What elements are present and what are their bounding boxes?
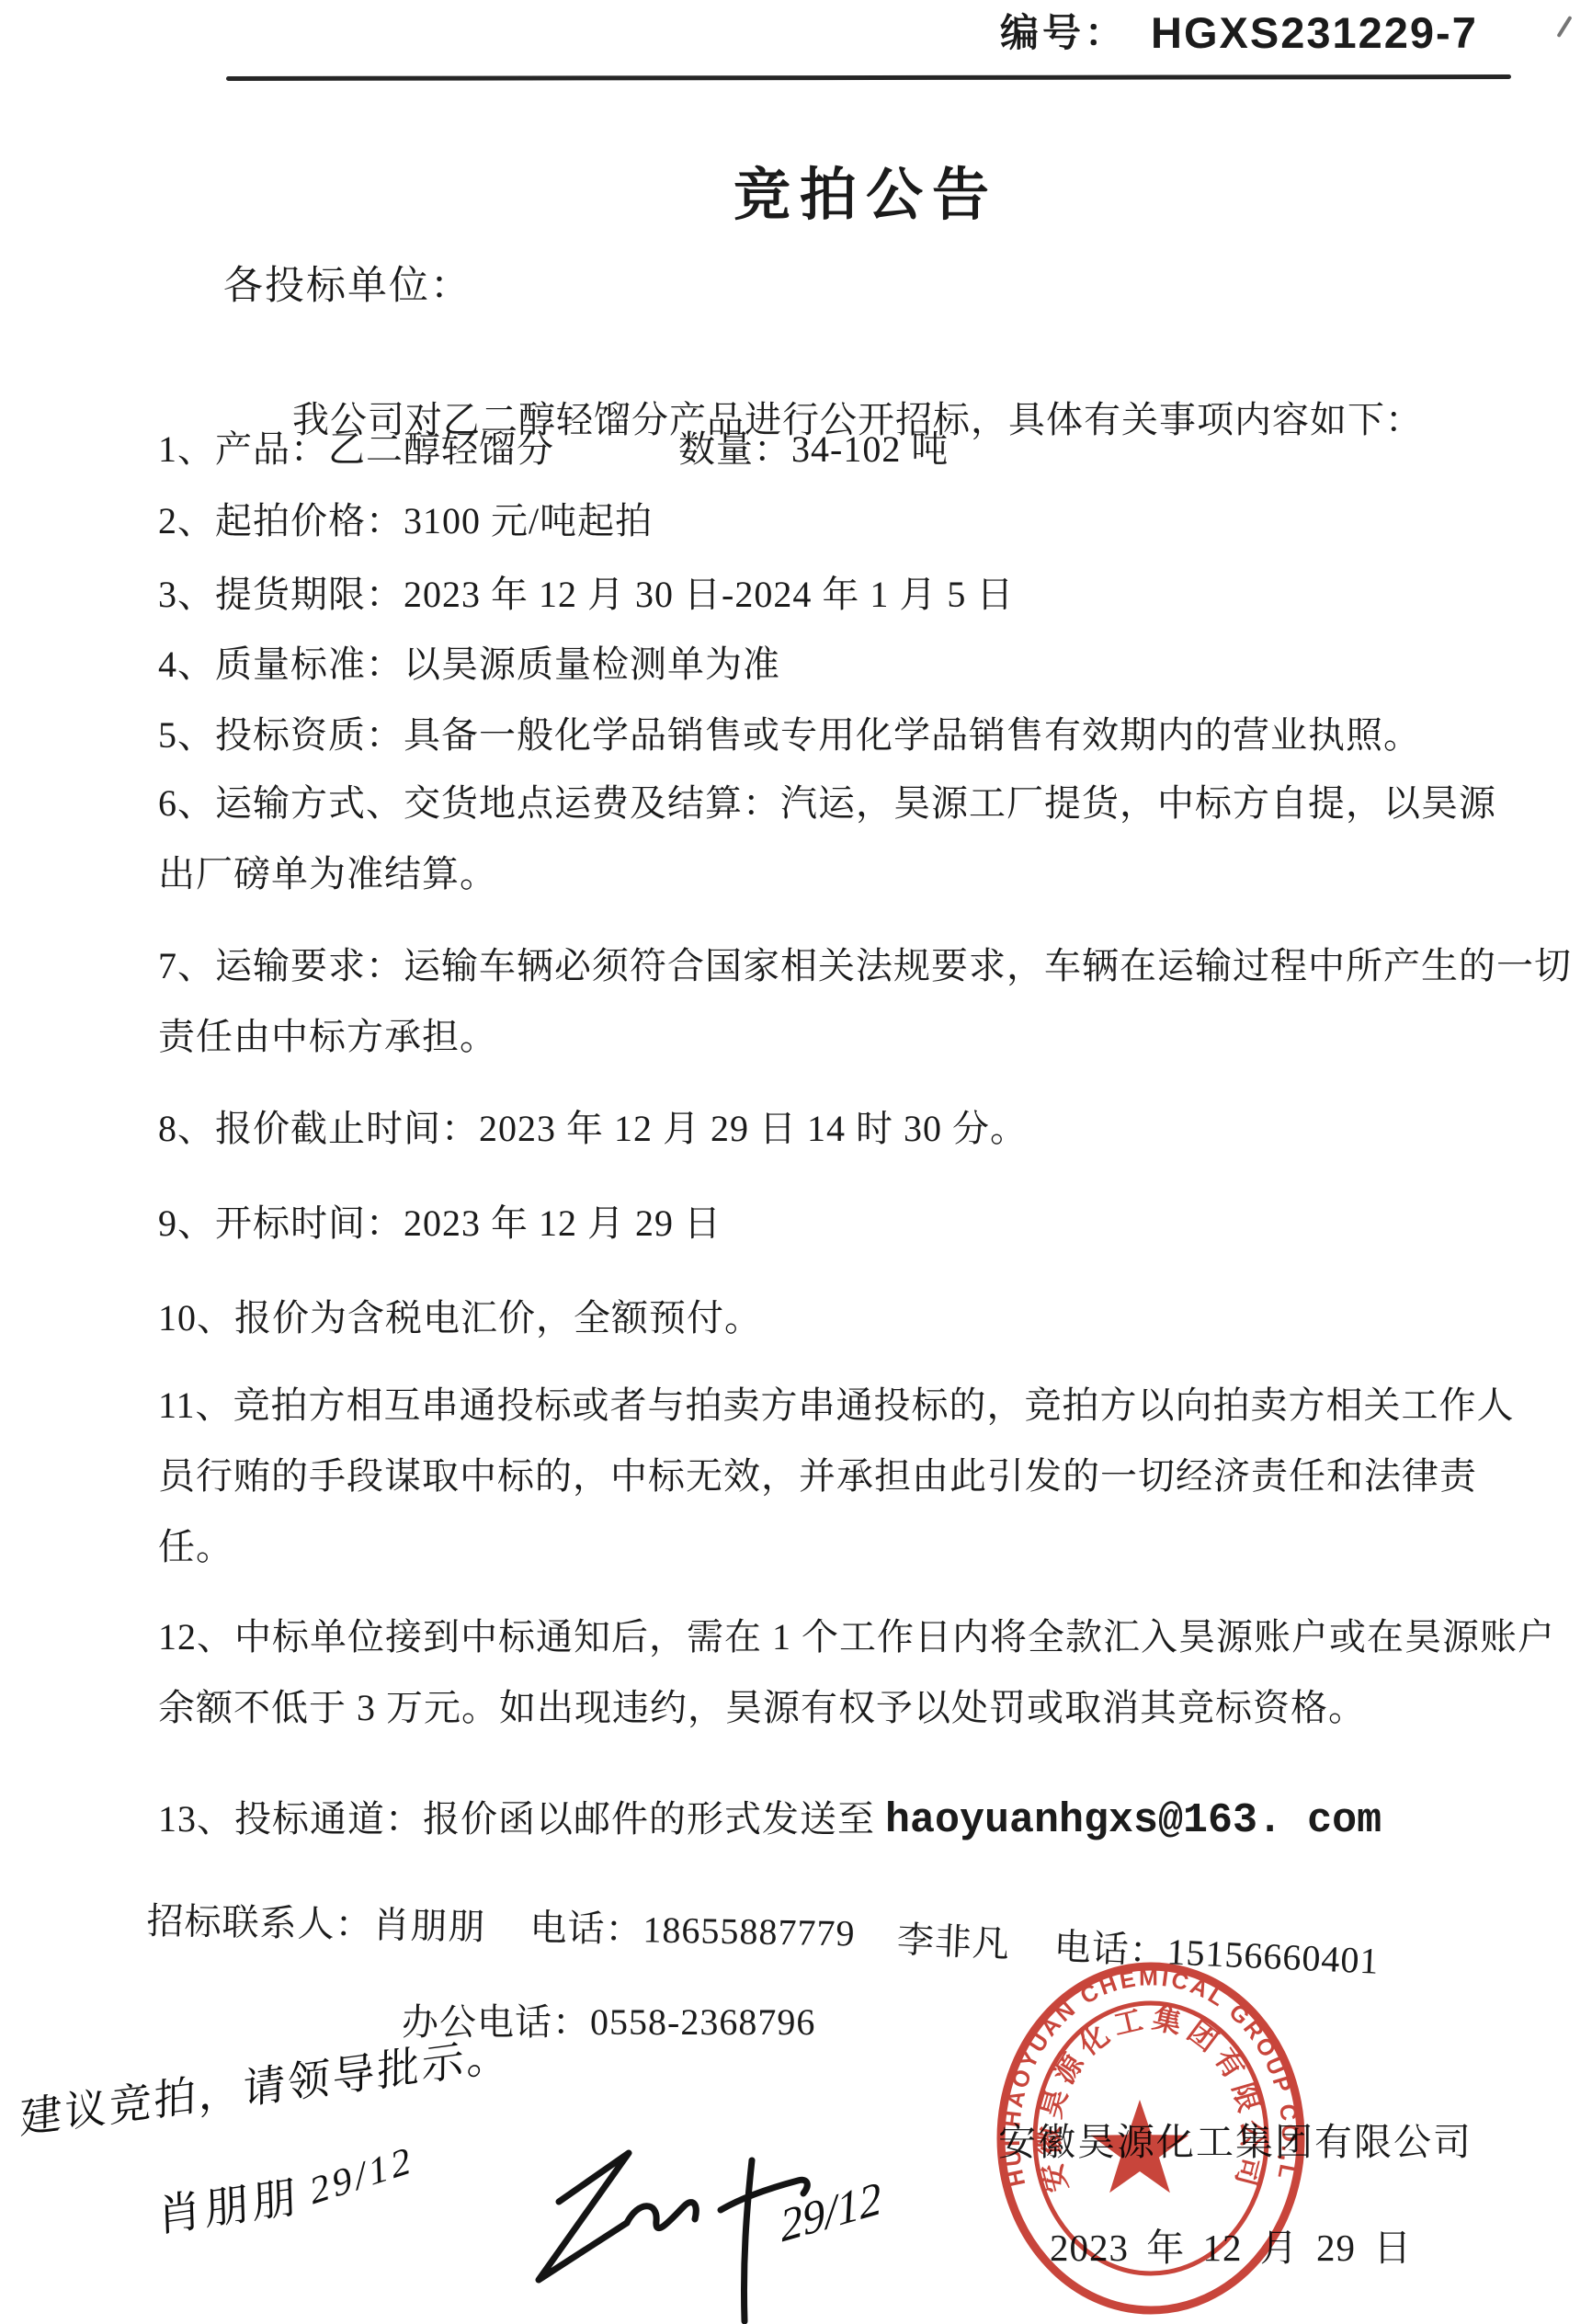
notice-item-6: 6、运输方式、交货地点运费及结算：汽运，昊源工厂提货，中标方自提，以昊源出厂磅单… [158, 768, 1529, 909]
handwritten-approval-note: 建议竞拍，请领导批示。 [19, 2021, 511, 2147]
header-divider-line [226, 74, 1511, 81]
notice-item-7: 7、运输要求：运输车辆必须符合国家相关法规要求，车辆在运输过程中所产生的一切责任… [158, 930, 1581, 1072]
notice-item-4: 4、质量标准：以昊源质量检测单为准 [158, 629, 1555, 700]
contact-person-name: 肖朋朋 [372, 1904, 486, 1947]
contact-phone-label: 电话： [529, 1907, 643, 1950]
salutation: 各投标单位： [223, 267, 472, 306]
contact-line-left: 招标联系人：肖朋朋电话：18655887779 [146, 1899, 856, 1955]
signer-name: 肖朋朋 [156, 2172, 300, 2241]
contact-person-label: 招标联系人： [146, 1900, 373, 1945]
notice-item-1: 1、产品：乙二醇轻馏分数量：34-102 吨 [158, 414, 1555, 484]
notice-item-10: 10、报价为含税电汇价，全额预付。 [158, 1282, 1555, 1353]
notice-item-12: 12、中标单位接到中标通知后，需在 1 个工作日内将全款汇入昊源账户或在昊源账户… [158, 1601, 1566, 1743]
item-13-channel: 13、投标通道：报价函以邮件的形式发送至 [158, 1798, 885, 1840]
signature-stroke-z [539, 2153, 629, 2280]
ref-number-value: HGXS231229-7 [1151, 8, 1478, 57]
scan-artifact-tick [1556, 16, 1572, 38]
notice-item-11: 11、竞拍方相互串通投标或者与拍卖方串通投标的，竞拍方以向拍卖方相关工作人员行贿… [158, 1370, 1539, 1582]
signer-date: 29/12 [306, 2138, 418, 2214]
notice-item-5: 5、投标资质：具备一般化学品销售或专用化学品销售有效期内的营业执照。 [158, 700, 1555, 770]
handwritten-signature-center [511, 2133, 814, 2324]
signature-stroke-vert [744, 2160, 752, 2321]
ref-number-row: 编号：HGXS231229-7 [1000, 11, 1478, 54]
seal-star-icon [1091, 2100, 1189, 2193]
page-title: 竞拍公告 [733, 167, 998, 224]
notice-item-13: 13、投标通道：报价函以邮件的形式发送至 haoyuanhgxs@163. co… [158, 1783, 1555, 1856]
notice-item-3: 3、提货期限：2023 年 12 月 30 日-2024 年 1 月 5 日 [158, 559, 1555, 630]
notice-item-2: 2、起拍价格：3100 元/吨起拍 [158, 485, 1555, 556]
item-1-product: 1、产品：乙二醇轻馏分 [158, 428, 554, 470]
notice-item-8: 8、报价截止时间：2023 年 12 月 29 日 14 时 30 分。 [158, 1093, 1555, 1164]
bid-email-address: haoyuanhgxs@163. com [885, 1797, 1382, 1844]
signature-stroke-en [627, 2203, 696, 2228]
contact-phone-number: 18655887779 [642, 1908, 856, 1954]
ref-number-label: 编号： [1000, 13, 1127, 55]
handwritten-signature-left: 肖朋朋29/12 [156, 2144, 418, 2244]
office-phone-number: 0558-2368796 [590, 2001, 815, 2043]
contact-gap [485, 1939, 529, 1940]
scanned-auction-notice: 编号：HGXS231229-7 竞拍公告 各投标单位： 我公司对乙二醇轻馏分产品… [0, 0, 1592, 2324]
item-1-quantity: 数量：34-102 吨 [678, 428, 949, 470]
company-seal-stamp: ANHUI HAOYUAN CHEMICAL GROUP CO.,LTD. 安徽… [985, 1956, 1325, 2324]
notice-item-9: 9、开标时间：2023 年 12 月 29 日 [158, 1188, 1555, 1259]
